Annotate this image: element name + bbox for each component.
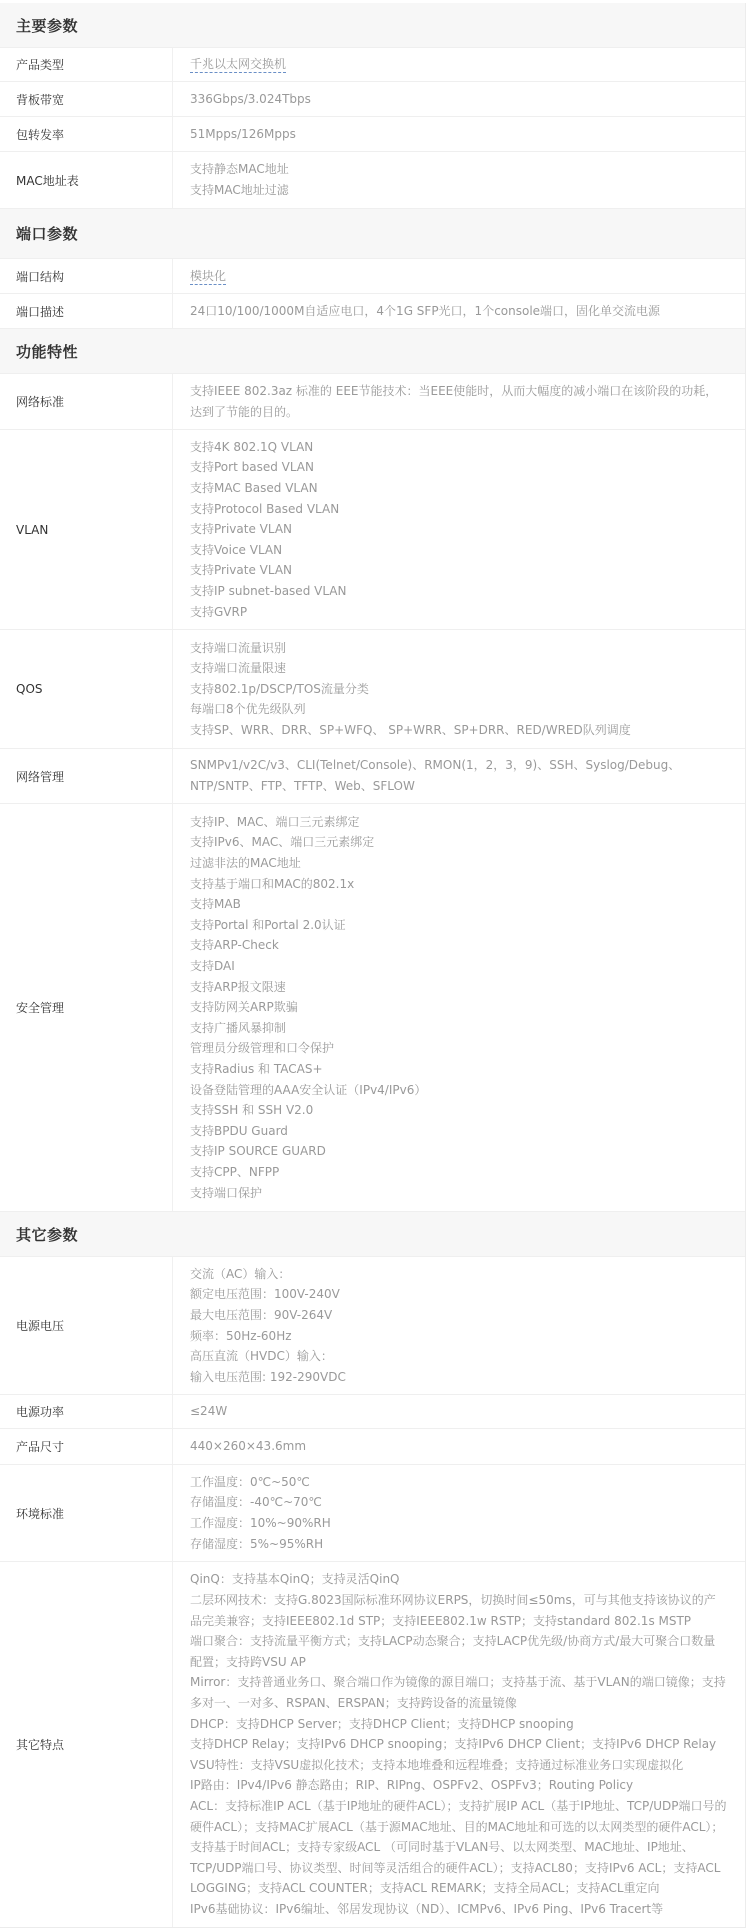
spec-row-port-structure: 端口结构 模块化 [0, 259, 745, 294]
spec-label: 端口结构 [0, 259, 173, 293]
spec-label: 网络管理 [0, 749, 173, 803]
section-header-port-params: 端口参数 [0, 209, 745, 259]
spec-value: 工作温度：0℃~50℃ 存储温度：-40℃~70℃ 工作湿度：10%~90%RH… [173, 1465, 745, 1561]
spec-label: 电源功率 [0, 1395, 173, 1428]
spec-value: 支持静态MAC地址 支持MAC地址过滤 [173, 152, 745, 208]
spec-table: 主要参数 产品类型 千兆以太网交换机 背板带宽 336Gbps/3.024Tbp… [0, 3, 746, 1928]
spec-label: MAC地址表 [0, 152, 173, 208]
spec-line: 支持MAC Based VLAN [190, 478, 727, 499]
spec-line: 440×260×43.6mm [190, 1436, 727, 1457]
spec-line: 支持Private VLAN [190, 519, 727, 540]
spec-line: 支持BPDU Guard [190, 1121, 727, 1142]
spec-row-security-management: 安全管理 支持IP、MAC、端口三元素绑定 支持IPv6、MAC、端口三元素绑定… [0, 804, 745, 1212]
spec-line: 51Mpps/126Mpps [190, 124, 727, 145]
spec-line: 支持IP SOURCE GUARD [190, 1141, 727, 1162]
spec-line: Mirror：支持普通业务口、聚合端口作为镜像的源目端口；支持基于流、基于VLA… [190, 1672, 727, 1713]
spec-line: 额定电压范围：100V-240V [190, 1284, 727, 1305]
section-title: 主要参数 [16, 15, 78, 36]
spec-line: 支持IPv6、MAC、端口三元素绑定 [190, 832, 727, 853]
spec-row-qos: QOS 支持端口流量识别 支持端口流量限速 支持802.1p/DSCP/TOS流… [0, 630, 745, 749]
spec-line: QinQ：支持基本QinQ；支持灵活QinQ [190, 1569, 727, 1590]
spec-row-power-consumption: 电源功率 ≤24W [0, 1395, 745, 1429]
spec-line: 支持ARP-Check [190, 935, 727, 956]
spec-row-backplane: 背板带宽 336Gbps/3.024Tbps [0, 82, 745, 117]
port-structure-link[interactable]: 模块化 [190, 269, 226, 285]
spec-line: ≤24W [190, 1401, 727, 1422]
spec-row-network-management: 网络管理 SNMPv1/v2C/v3、CLI(Telnet/Console)、R… [0, 749, 745, 804]
spec-line: 最大电压范围：90V-264V [190, 1305, 727, 1326]
spec-line: 支持Portal 和Portal 2.0认证 [190, 915, 727, 936]
spec-value: 24口10/100/1000M自适应电口，4个1G SFP光口，1个consol… [173, 294, 745, 328]
spec-value: 支持IEEE 802.3az 标准的 EEE节能技术：当EEE使能时，从而大幅度… [173, 374, 745, 429]
spec-line: 336Gbps/3.024Tbps [190, 89, 727, 110]
spec-line: 支持CPP、NFPP [190, 1162, 727, 1183]
spec-label: 安全管理 [0, 804, 173, 1211]
spec-line: 支持Private VLAN [190, 560, 727, 581]
spec-line: 过滤非法的MAC地址 [190, 853, 727, 874]
spec-line: 支持DHCP Relay；支持IPv6 DHCP snooping；支持IPv6… [190, 1734, 727, 1755]
spec-line: 存储温度：-40℃~70℃ [190, 1492, 727, 1513]
spec-line: DHCP：支持DHCP Server；支持DHCP Client；支持DHCP … [190, 1714, 727, 1735]
spec-line: 支持MAC地址过滤 [190, 180, 727, 201]
spec-line: 设备登陆管理的AAA安全认证（IPv4/IPv6） [190, 1080, 727, 1101]
spec-line: 支持IP subnet-based VLAN [190, 581, 727, 602]
spec-line: 支持DAI [190, 956, 727, 977]
spec-line: 支持端口流量识别 [190, 638, 727, 659]
spec-line: 支持802.1p/DSCP/TOS流量分类 [190, 679, 727, 700]
spec-label: 其它特点 [0, 1562, 173, 1927]
spec-value: 支持4K 802.1Q VLAN 支持Port based VLAN 支持MAC… [173, 430, 745, 629]
spec-value: 支持端口流量识别 支持端口流量限速 支持802.1p/DSCP/TOS流量分类 … [173, 630, 745, 748]
spec-value: 模块化 [173, 259, 745, 293]
spec-label: 网络标准 [0, 374, 173, 429]
spec-row-power-voltage: 电源电压 交流（AC）输入： 额定电压范围：100V-240V 最大电压范围：9… [0, 1257, 745, 1395]
spec-line: 支持防网关ARP欺骗 [190, 997, 727, 1018]
spec-label: VLAN [0, 430, 173, 629]
spec-line: 支持Radius 和 TACAS+ [190, 1059, 727, 1080]
spec-value: 51Mpps/126Mpps [173, 117, 745, 151]
spec-line: 支持静态MAC地址 [190, 159, 727, 180]
spec-row-forwarding-rate: 包转发率 51Mpps/126Mpps [0, 117, 745, 152]
section-title: 其它参数 [16, 1224, 78, 1245]
spec-line: 每端口8个优先级队列 [190, 699, 727, 720]
spec-line: 支持IP、MAC、端口三元素绑定 [190, 812, 727, 833]
spec-line: 存储湿度：5%~95%RH [190, 1534, 727, 1555]
spec-line: IP路由：IPv4/IPv6 静态路由；RIP、RIPng、OSPFv2、OSP… [190, 1775, 727, 1796]
spec-line: 支持Voice VLAN [190, 540, 727, 561]
spec-row-network-standard: 网络标准 支持IEEE 802.3az 标准的 EEE节能技术：当EEE使能时，… [0, 374, 745, 430]
section-header-other-params: 其它参数 [0, 1212, 745, 1257]
spec-line: SNMPv1/v2C/v3、CLI(Telnet/Console)、RMON(1… [190, 755, 727, 796]
spec-line: 支持GVRP [190, 602, 727, 623]
spec-label: 环境标准 [0, 1465, 173, 1561]
spec-line: 支持SSH 和 SSH V2.0 [190, 1100, 727, 1121]
spec-line: 支持广播风暴抑制 [190, 1018, 727, 1039]
spec-line: 支持Port based VLAN [190, 457, 727, 478]
spec-line: 频率：50Hz-60Hz [190, 1326, 727, 1347]
spec-row-mac-table: MAC地址表 支持静态MAC地址 支持MAC地址过滤 [0, 152, 745, 209]
section-title: 端口参数 [16, 223, 78, 244]
spec-line: 支持Protocol Based VLAN [190, 499, 727, 520]
spec-value: ≤24W [173, 1395, 745, 1428]
spec-label: 产品类型 [0, 48, 173, 81]
spec-row-other-features: 其它特点 QinQ：支持基本QinQ；支持灵活QinQ 二层环网技术：支持G.8… [0, 1562, 745, 1927]
spec-line: 输入电压范围: 192-290VDC [190, 1367, 727, 1388]
spec-row-product-size: 产品尺寸 440×260×43.6mm [0, 1429, 745, 1465]
spec-line: 支持端口保护 [190, 1183, 727, 1204]
spec-label: 端口描述 [0, 294, 173, 328]
section-header-main-params: 主要参数 [0, 3, 745, 48]
spec-value: 交流（AC）输入： 额定电压范围：100V-240V 最大电压范围：90V-26… [173, 1257, 745, 1394]
spec-line: VSU特性：支持VSU虚拟化技术；支持本地堆叠和远程堆叠；支持通过标准业务口实现… [190, 1755, 727, 1776]
spec-value: 336Gbps/3.024Tbps [173, 82, 745, 116]
spec-row-port-description: 端口描述 24口10/100/1000M自适应电口，4个1G SFP光口，1个c… [0, 294, 745, 329]
spec-line: 管理员分级管理和口令保护 [190, 1038, 727, 1059]
product-type-link[interactable]: 千兆以太网交换机 [190, 57, 286, 73]
spec-value: 440×260×43.6mm [173, 1429, 745, 1464]
spec-line: 交流（AC）输入： [190, 1264, 727, 1285]
spec-line: IPv6基础协议：IPv6编址、邻居发现协议（ND）、ICMPv6、IPv6 P… [190, 1899, 727, 1920]
spec-line: 工作湿度：10%~90%RH [190, 1513, 727, 1534]
spec-line: 支持SP、WRR、DRR、SP+WFQ、 SP+WRR、SP+DRR、RED/W… [190, 720, 727, 741]
spec-label: 电源电压 [0, 1257, 173, 1394]
spec-line: 工作温度：0℃~50℃ [190, 1472, 727, 1493]
spec-line: ACL：支持标准IP ACL（基于IP地址的硬件ACL）；支持扩展IP ACL（… [190, 1796, 727, 1899]
section-header-features: 功能特性 [0, 329, 745, 374]
spec-row-environment: 环境标准 工作温度：0℃~50℃ 存储温度：-40℃~70℃ 工作湿度：10%~… [0, 1465, 745, 1562]
spec-value: SNMPv1/v2C/v3、CLI(Telnet/Console)、RMON(1… [173, 749, 745, 803]
spec-value: 支持IP、MAC、端口三元素绑定 支持IPv6、MAC、端口三元素绑定 过滤非法… [173, 804, 745, 1211]
spec-row-product-type: 产品类型 千兆以太网交换机 [0, 48, 745, 82]
spec-label: 产品尺寸 [0, 1429, 173, 1464]
spec-line: 支持MAB [190, 894, 727, 915]
spec-line: 高压直流（HVDC）输入： [190, 1346, 727, 1367]
spec-line: 支持ARP报文限速 [190, 977, 727, 998]
spec-line: 支持基于端口和MAC的802.1x [190, 874, 727, 895]
spec-value: 千兆以太网交换机 [173, 48, 745, 81]
spec-line: 支持IEEE 802.3az 标准的 EEE节能技术：当EEE使能时，从而大幅度… [190, 381, 727, 422]
spec-value: QinQ：支持基本QinQ；支持灵活QinQ 二层环网技术：支持G.8023国际… [173, 1562, 745, 1927]
spec-line: 二层环网技术：支持G.8023国际标准环网协议ERPS，切换时间≤50ms，可与… [190, 1590, 727, 1631]
spec-line: 支持端口流量限速 [190, 658, 727, 679]
spec-line: 支持4K 802.1Q VLAN [190, 437, 727, 458]
spec-row-vlan: VLAN 支持4K 802.1Q VLAN 支持Port based VLAN … [0, 430, 745, 630]
section-title: 功能特性 [16, 341, 78, 362]
spec-line: 端口聚合：支持流量平衡方式；支持LACP动态聚合；支持LACP优先级/协商方式/… [190, 1631, 727, 1672]
spec-label: QOS [0, 630, 173, 748]
spec-label: 包转发率 [0, 117, 173, 151]
spec-line: 24口10/100/1000M自适应电口，4个1G SFP光口，1个consol… [190, 301, 727, 322]
spec-label: 背板带宽 [0, 82, 173, 116]
